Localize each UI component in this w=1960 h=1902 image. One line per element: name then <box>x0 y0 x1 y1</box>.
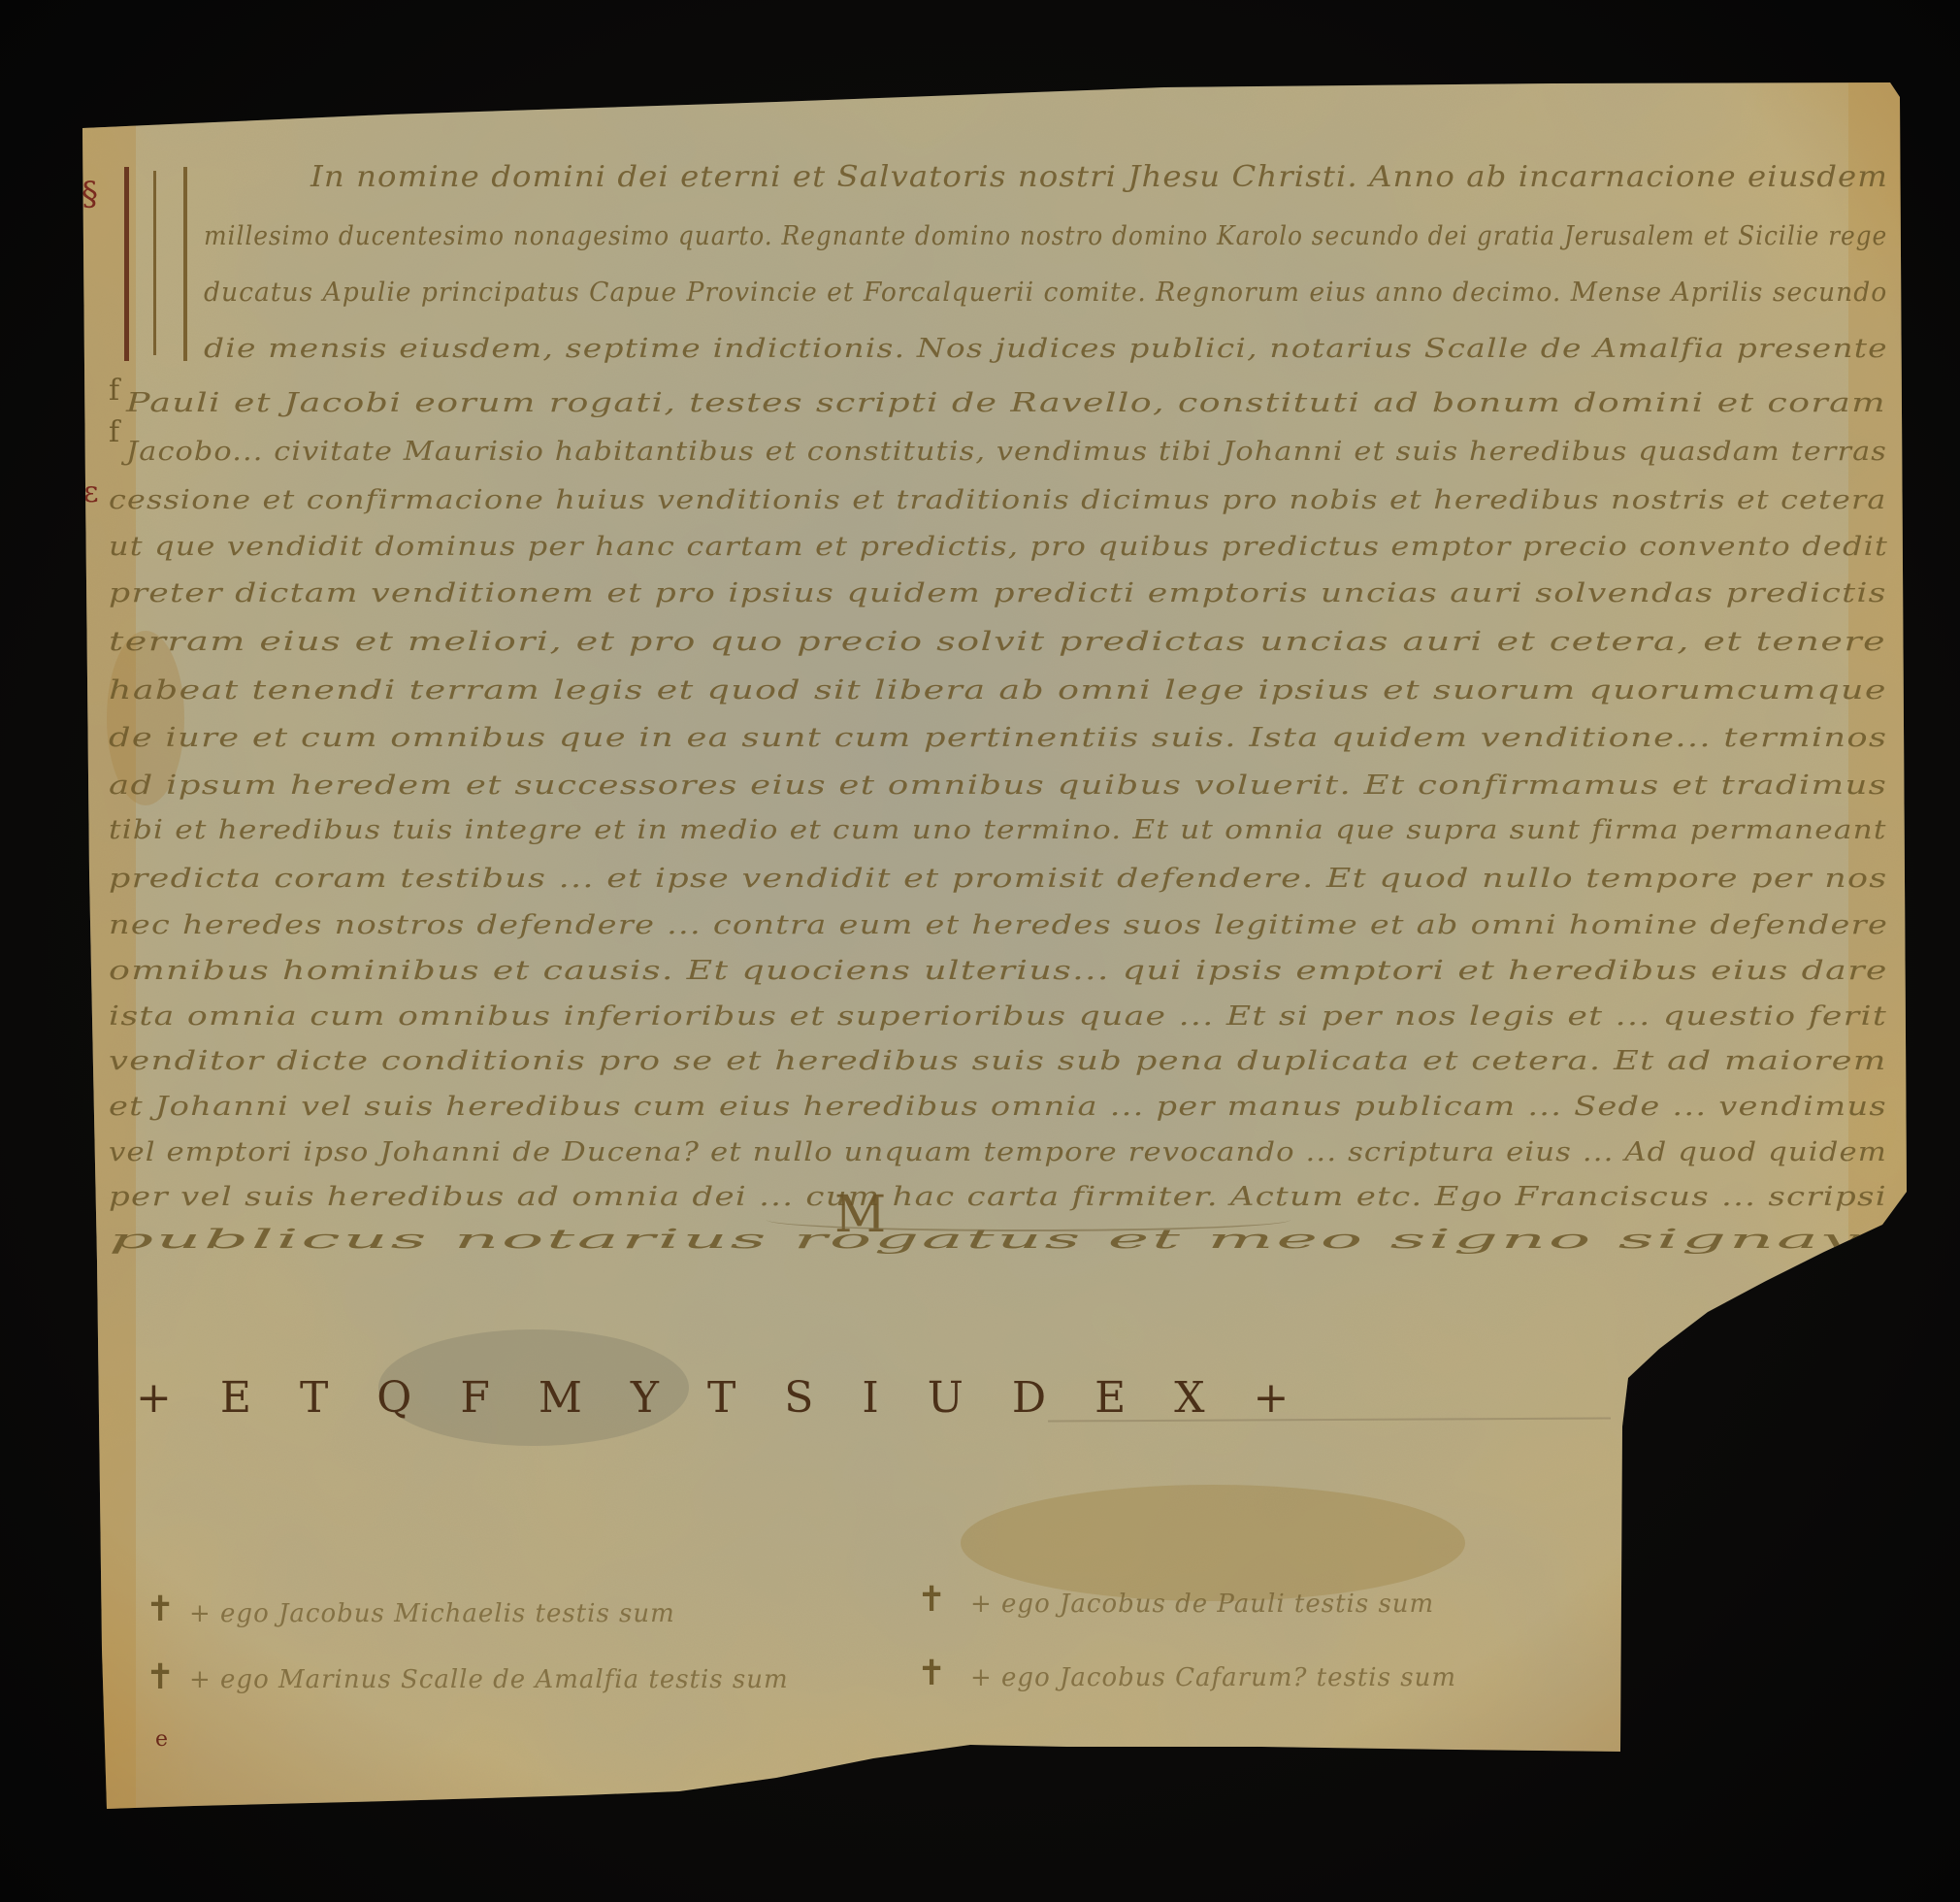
text-line: die mensis eiusdem, septime indictionis.… <box>204 334 1888 364</box>
red-flourish-icon: ɛ <box>83 475 99 509</box>
margin-mark: f <box>109 374 119 408</box>
witness-subscription: + ego Jacobus Michaelis testis sum <box>189 1599 675 1628</box>
cross-icon: ✝ <box>146 1590 175 1629</box>
red-flourish-icon: § <box>82 175 98 213</box>
cross-icon: ✝ <box>917 1580 946 1620</box>
witness-subscription: + ego Marinus Scalle de Amalfia testis s… <box>189 1665 789 1694</box>
text-line: millesimo ducentesimo nonagesimo quarto.… <box>204 221 1887 251</box>
cross-icon: ✝ <box>146 1657 175 1697</box>
text-line: ut que vendidit dominus per hanc cartam … <box>109 532 1888 562</box>
text-line: terram eius et meliori, et pro quo preci… <box>109 627 1886 657</box>
text-line: preter dictam venditionem et pro ipsius … <box>109 578 1887 608</box>
text-line: nec heredes nostros defendere ... contra… <box>109 910 1888 940</box>
text-line: ad ipsum heredem et successores eius et … <box>109 771 1887 801</box>
text-line: Pauli et Jacobi eorum rogati, testes scr… <box>126 388 1886 418</box>
text-line: ista omnia cum omnibus inferioribus et s… <box>109 1001 1887 1032</box>
text-line: vel emptori ipso Johanni de Ducena? et n… <box>109 1137 1887 1167</box>
final-flourish <box>767 1208 1290 1231</box>
text-line: de iure et cum omnibus que in ea sunt cu… <box>109 723 1887 753</box>
margin-mark: f <box>109 415 119 449</box>
text-line: In nomine domini dei eterni et Salvatori… <box>310 160 1888 194</box>
notary-monogram-row: + E T Q F M Y T S I U D E X + <box>136 1373 1306 1423</box>
text-line: et Johanni vel suis heredibus cum eius h… <box>109 1092 1887 1122</box>
cross-icon: ✝ <box>917 1654 946 1693</box>
text-line: ducatus Apulie principatus Capue Provinc… <box>204 278 1887 308</box>
decorated-initial-inner <box>134 171 156 355</box>
text-line: cessione et confirmacione huius venditio… <box>109 485 1886 515</box>
text-line: omnibus hominibus et causis. Et quociens… <box>109 956 1888 986</box>
text-line: venditor dicte conditionis pro se et her… <box>109 1046 1887 1076</box>
witness-subscription: + ego Jacobus Cafarum? testis sum <box>970 1663 1456 1692</box>
margin-mark: e <box>155 1727 168 1752</box>
text-line: tibi et heredibus tuis integre et in med… <box>109 815 1887 845</box>
text-line: predicta coram testibus ... et ipse vend… <box>109 864 1888 894</box>
text-line: Jacobo... civitate Maurisio habitantibus… <box>126 437 1887 467</box>
witness-subscription: + ego Jacobus de Pauli testis sum <box>970 1590 1434 1619</box>
text-line: habeat tenendi terram legis et quod sit … <box>109 675 1887 705</box>
